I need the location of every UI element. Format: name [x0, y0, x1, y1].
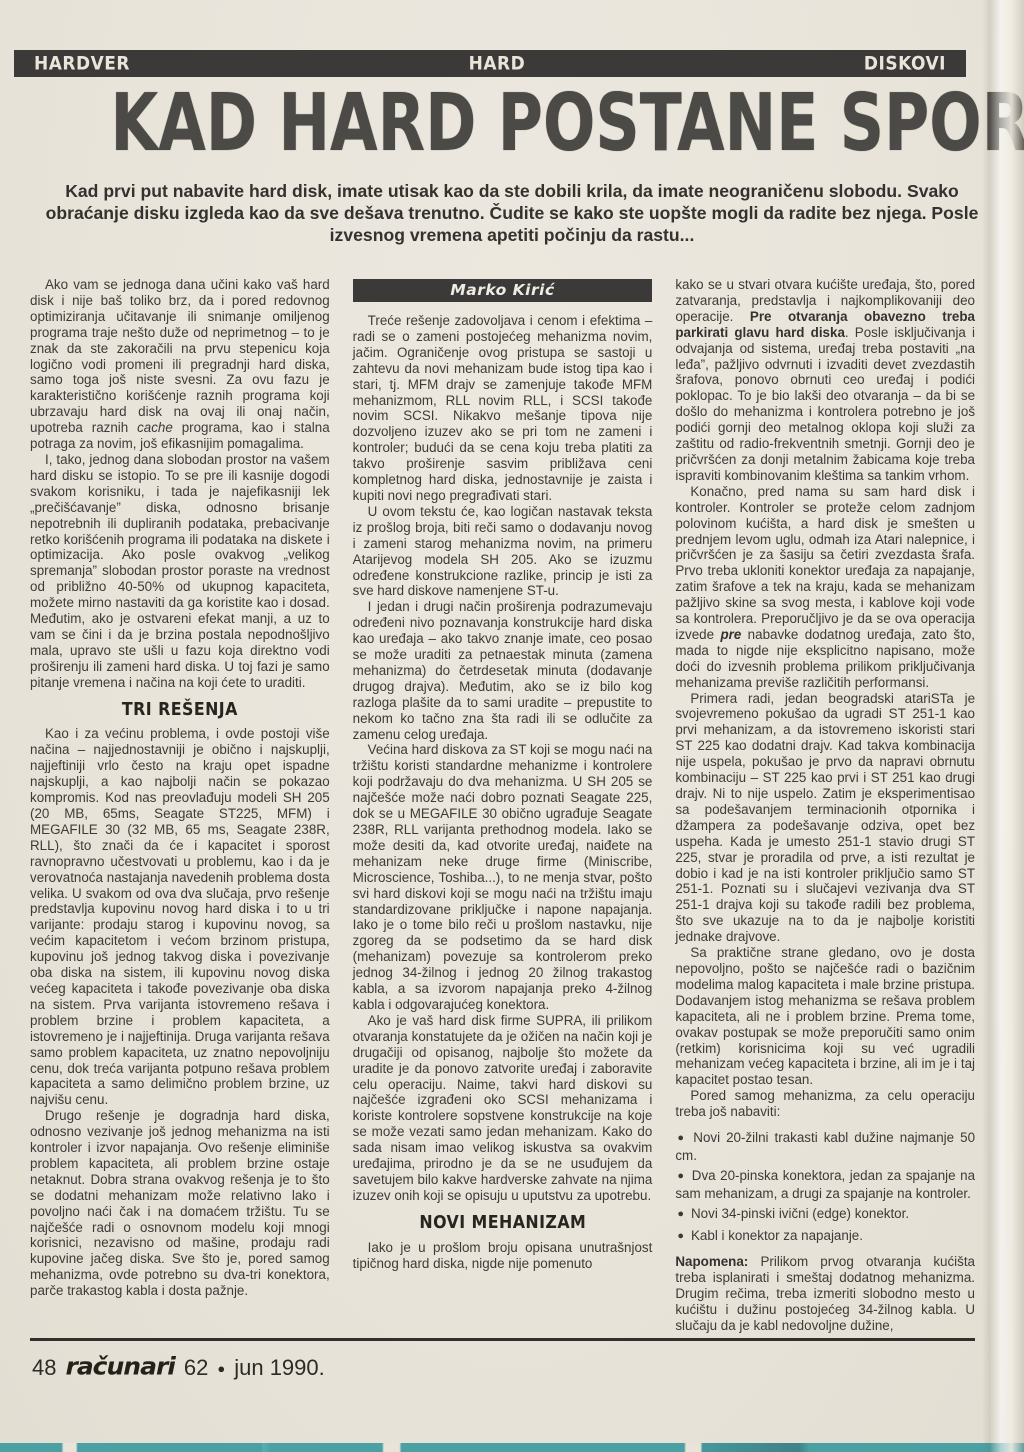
article-columns: Ako vam se jednoga dana učini kako vaš h… — [30, 277, 975, 1337]
bullet-item: ●Novi 34-pinski ivični (edge) konektor. — [675, 1206, 975, 1224]
italic-term: cache — [137, 420, 173, 435]
footer: 48 računari 62 ● jun 1990. — [32, 1352, 325, 1381]
paragraph: Sa praktične strane gledano, ovo je dost… — [675, 945, 975, 1088]
bullet-separator-icon: ● — [217, 1361, 225, 1376]
page-number: 48 — [32, 1355, 56, 1381]
note-paragraph: Napomena: Prilikom prvog otvaranja kućiš… — [675, 1254, 975, 1334]
lead-paragraph: Kad prvi put nabavite hard disk, imate u… — [38, 180, 986, 246]
column-3: kako se u stvari otvara kućište uređaja,… — [675, 277, 975, 1337]
section-heading-novi-mehanizam: NOVI MEHANIZAM — [353, 1215, 653, 1231]
byline-author: Marko Kirić — [450, 283, 554, 299]
kicker-center-label: HARD — [469, 53, 526, 75]
kicker-right-label: DISKOVI — [864, 53, 946, 75]
section-heading-tri-resenja: TRI REŠENJA — [30, 702, 330, 718]
magazine-page: HARDVER HARD DISKOVI KAD HARD POSTANE SP… — [0, 0, 1024, 1452]
bullet-text: Kabl i konektor za napajanje. — [691, 1228, 863, 1243]
paragraph: Kao i za većinu problema, i ovde postoji… — [30, 726, 330, 1108]
bullet-icon: ● — [675, 1132, 693, 1144]
paragraph: kako se u stvari otvara kućište uređaja,… — [675, 277, 975, 484]
paragraph: Treće rešenje zadovoljava i cenom i efek… — [353, 313, 653, 504]
paragraph: Većina hard diskova za ST koji se mogu n… — [353, 742, 653, 1012]
page-curl-shadow — [982, 0, 1024, 1452]
section-heading-text: NOVI MEHANIZAM — [419, 1215, 586, 1231]
paragraph: Iako je u prošlom broju opisana unutrašn… — [353, 1240, 653, 1272]
issue-number: 62 — [184, 1355, 208, 1381]
kicker-bar: HARDVER HARD DISKOVI — [14, 50, 966, 77]
next-page-edge — [0, 1443, 1024, 1452]
paragraph-text: Ako vam se jednoga dana učini kako vaš h… — [30, 277, 330, 435]
bullet-item: ●Novi 20-žilni trakasti kabl dužine najm… — [675, 1130, 975, 1164]
paragraph-text: . Posle isključivanja i odvajanja od sis… — [675, 325, 975, 483]
section-heading-text: TRI REŠENJA — [122, 702, 238, 718]
column-1: Ako vam se jednoga dana učini kako vaš h… — [30, 277, 330, 1337]
paragraph: Pored samog mehanizma, za celu operaciju… — [675, 1088, 975, 1120]
bullet-item: ●Kabl i konektor za napajanje. — [675, 1228, 975, 1246]
bullet-icon: ● — [675, 1230, 691, 1242]
bullet-list: ●Novi 20-žilni trakasti kabl dužine najm… — [675, 1130, 975, 1245]
column-2: Marko Kirić Treće rešenje zadovoljava i … — [353, 277, 653, 1337]
paragraph: Konačno, pred nama su sam hard disk i ko… — [675, 484, 975, 691]
note-label: Napomena: — [675, 1254, 748, 1269]
bullet-item: ●Dva 20-pinska konektora, jedan za spaja… — [675, 1168, 975, 1202]
bullet-text: Novi 20-žilni trakasti kabl dužine najma… — [675, 1130, 975, 1163]
footer-rule — [30, 1338, 975, 1341]
magazine-logo: računari — [65, 1353, 174, 1381]
bullet-icon: ● — [675, 1170, 691, 1182]
kicker-left-label: HARDVER — [34, 53, 130, 75]
paragraph: I, tako, jednog dana slobodan prostor na… — [30, 452, 330, 691]
page-title: KAD HARD POSTANE SPOR — [110, 84, 893, 163]
paragraph: Ako vam se jednoga dana učini kako vaš h… — [30, 277, 330, 452]
bullet-text: Dva 20-pinska konektora, jedan za spajan… — [675, 1168, 975, 1201]
paragraph: I jedan i drugi način proširenja podrazu… — [353, 599, 653, 742]
paragraph: Primera radi, jedan beogradski atariSTa … — [675, 691, 975, 946]
paragraph: U ovom tekstu će, kao logičan nastavak t… — [353, 504, 653, 599]
paragraph-text: Konačno, pred nama su sam hard disk i ko… — [675, 484, 975, 642]
paragraph: Drugo rešenje je dogradnja hard diska, o… — [30, 1108, 330, 1299]
bullet-icon: ● — [675, 1208, 691, 1220]
paragraph: Ako je vaš hard disk firme SUPRA, ili pr… — [353, 1013, 653, 1204]
bullet-text: Novi 34-pinski ivični (edge) konektor. — [691, 1206, 909, 1221]
bold-italic-emphasis: pre — [720, 627, 741, 642]
byline-bar: Marko Kirić — [353, 279, 653, 302]
issue-date: jun 1990. — [234, 1355, 325, 1381]
